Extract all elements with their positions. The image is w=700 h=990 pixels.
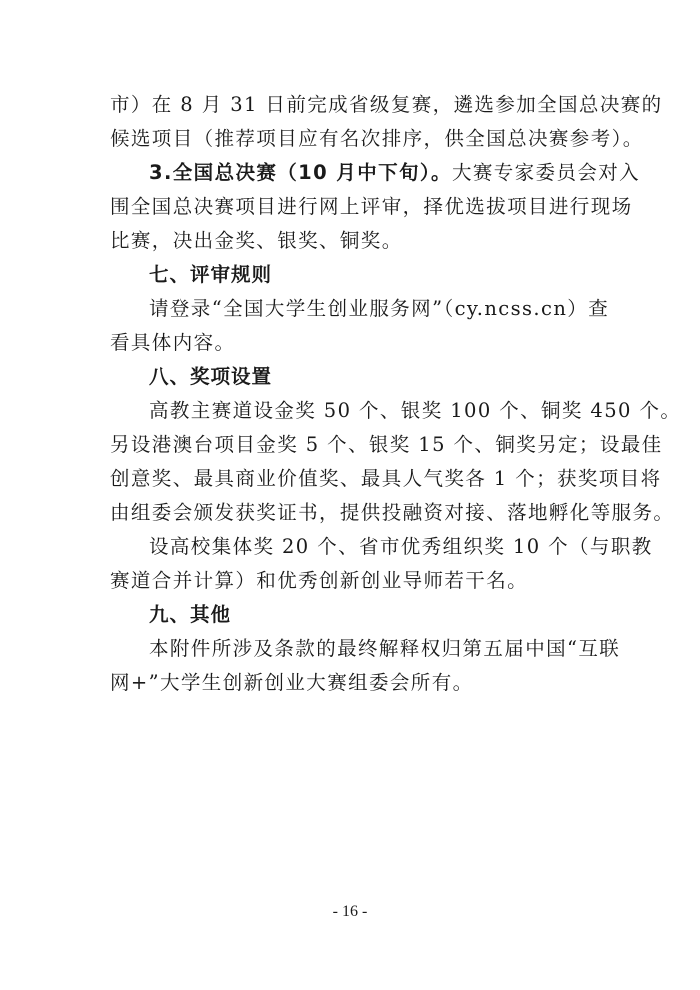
document-body: 市）在 8 月 31 日前完成省级复赛，遴选参加全国总决赛的 候选项目（推荐项目…	[110, 88, 586, 700]
paragraph-line: 候选项目（推荐项目应有名次排序，供全国总决赛参考）。	[110, 122, 586, 156]
section-heading-other: 九、其他	[110, 598, 586, 632]
paragraph-line: 由组委会颁发获奖证书，提供投融资对接、落地孵化等服务。	[110, 496, 586, 530]
paragraph-text: 大赛专家委员会对入	[452, 161, 640, 184]
paragraph-line: 市）在 8 月 31 日前完成省级复赛，遴选参加全国总决赛的	[110, 88, 586, 122]
paragraph-line: 创意奖、最具商业价值奖、最具人气奖各 1 个；获奖项目将	[110, 462, 586, 496]
paragraph-line: 看具体内容。	[110, 326, 586, 360]
paragraph-line: 本附件所涉及条款的最终解释权归第五届中国“互联	[110, 632, 586, 666]
subheading-final-round: 3.全国总决赛（10 月中下旬）。	[149, 161, 452, 184]
paragraph-line: 围全国总决赛项目进行网上评审，择优选拔项目进行现场	[110, 190, 586, 224]
section-heading-awards: 八、奖项设置	[110, 360, 586, 394]
paragraph-line: 比赛，决出金奖、银奖、铜奖。	[110, 224, 586, 258]
page-number: - 16 -	[0, 903, 700, 921]
paragraph-line: 网+”大学生创新创业大赛组委会所有。	[110, 666, 586, 700]
paragraph-line: 请登录“全国大学生创业服务网”（cy.ncss.cn）查	[110, 292, 586, 326]
paragraph-line: 高教主赛道设金奖 50 个、银奖 100 个、铜奖 450 个。	[110, 394, 586, 428]
section-heading-review-rules: 七、评审规则	[110, 258, 586, 292]
paragraph-line-final-round: 3.全国总决赛（10 月中下旬）。大赛专家委员会对入	[110, 156, 586, 190]
paragraph-line: 另设港澳台项目金奖 5 个、银奖 15 个、铜奖另定；设最佳	[110, 428, 586, 462]
paragraph-line: 赛道合并计算）和优秀创新创业导师若干名。	[110, 564, 586, 598]
paragraph-line: 设高校集体奖 20 个、省市优秀组织奖 10 个（与职教	[110, 530, 586, 564]
